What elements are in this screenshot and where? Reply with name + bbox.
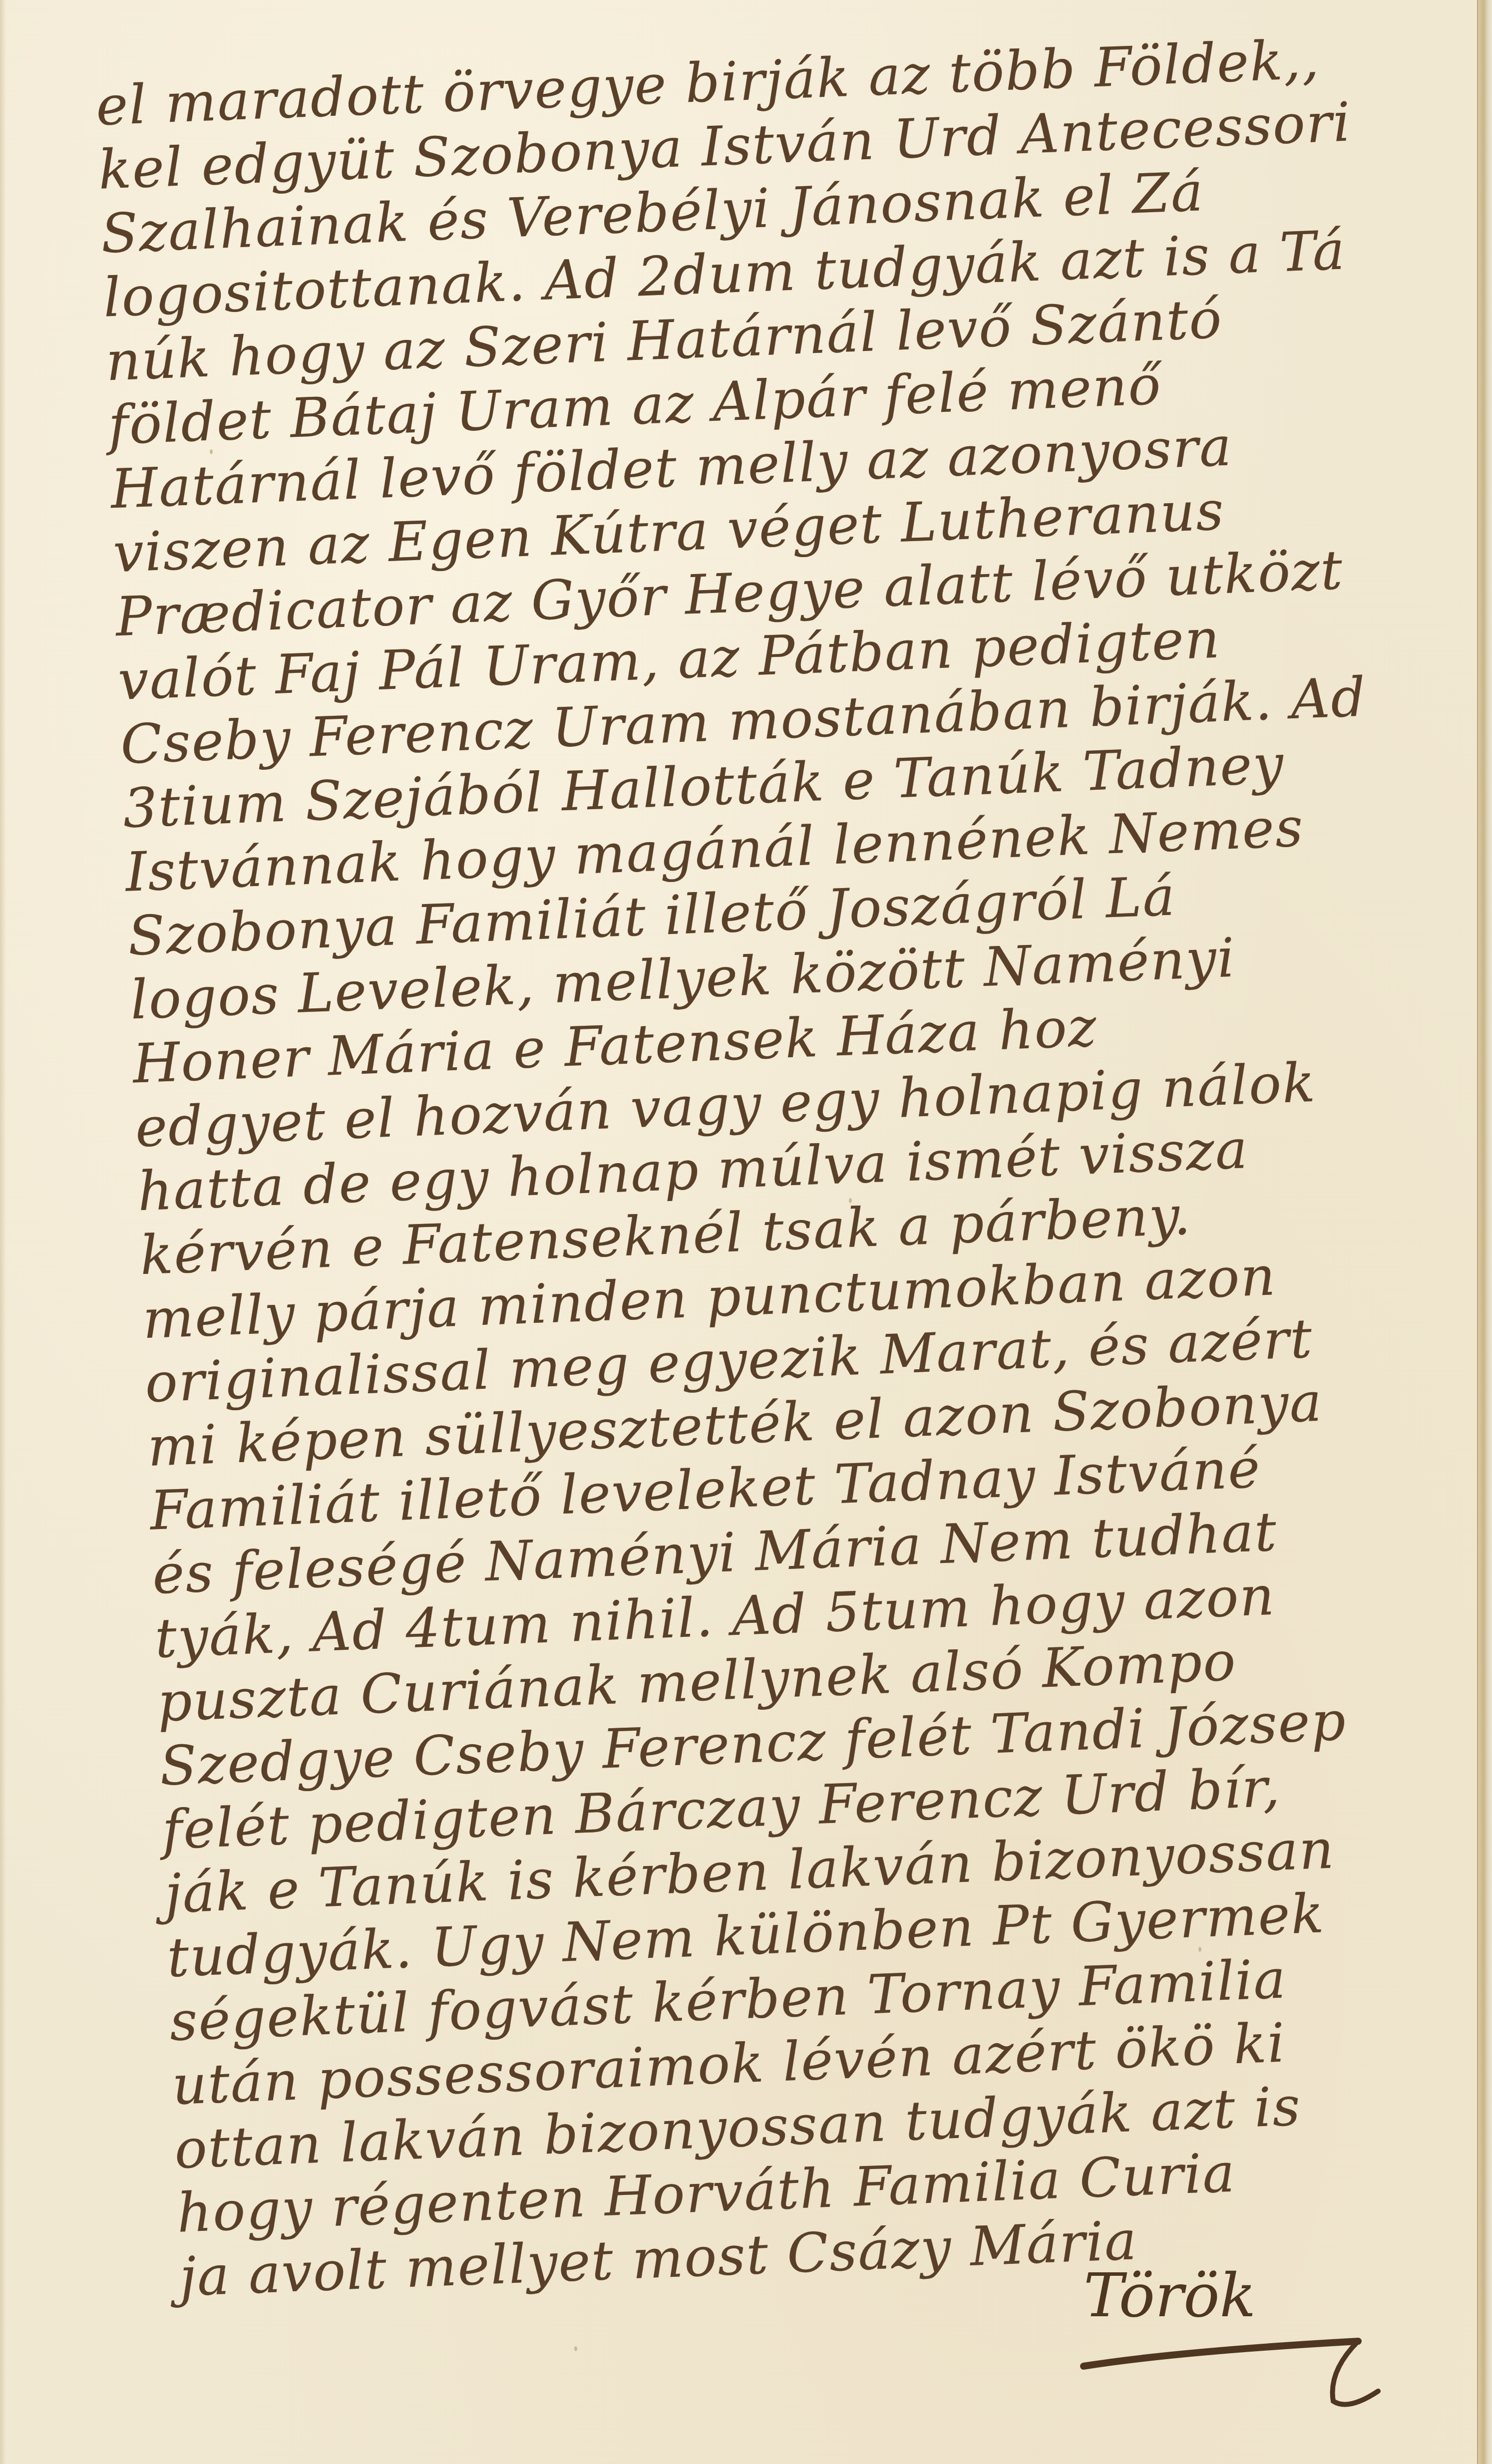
paper-speck [574, 2346, 577, 2351]
paper-speck [849, 1198, 852, 1203]
signature: Török [1084, 2261, 1256, 2331]
page-edge [1477, 0, 1492, 2464]
manuscript-text-block: el maradott örvegye birják az több Földe… [95, 23, 1492, 2310]
paper-speck [210, 449, 213, 454]
paper-speck [1198, 1947, 1201, 1952]
signature-flourish-icon [1079, 2336, 1398, 2416]
manuscript-page: el maradott örvegye birják az több Földe… [0, 0, 1478, 2464]
page-fold-shadow [0, 0, 6, 2464]
